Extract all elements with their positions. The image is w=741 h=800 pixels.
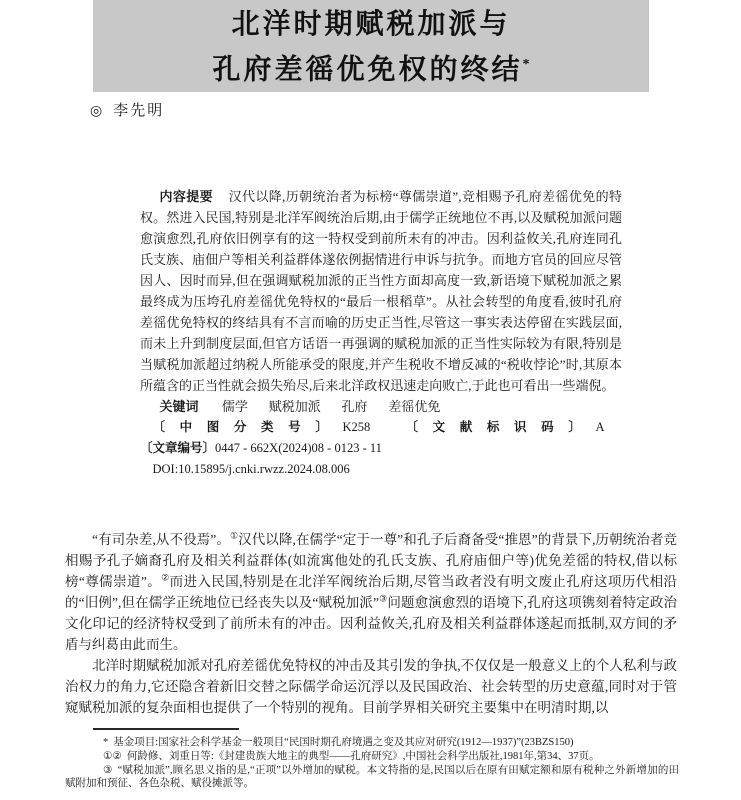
doc-code-label: 〔文献标识码〕 (406, 420, 596, 434)
keywords-label: 关键词 (160, 399, 199, 414)
author-marker-icon: ◎ (90, 104, 104, 119)
footnote-text: 基金项目:国家社会科学基金一般项目“民国时期孔府境遇之变及其应对研究(1912—… (113, 737, 573, 748)
doc-code-group: 〔文献标识码〕A (406, 420, 605, 434)
keyword-item: 儒学 (222, 399, 248, 414)
footnote-marker: * (103, 737, 108, 748)
footnote-marker: ③ (103, 765, 113, 776)
abstract-block: 内容提要汉代以降,历朝统治者为标榜“尊儒崇道”,竞相赐予孔府差徭优免的特权。然进… (140, 186, 622, 480)
paper-page: 北洋时期赋税加派与 孔府差徭优免权的终结* ◎李先明 内容提要汉代以降,历朝统治… (0, 0, 741, 800)
keyword-item: 赋税加派 (269, 399, 321, 414)
article-id-group: 〔文章编号〕0447 - 662X(2024)08 - 0123 - 11 (140, 441, 382, 455)
abstract-text: 汉代以降,历朝统治者为标榜“尊儒崇道”,竞相赐予孔府差徭优免的特权。然进入民国,… (140, 189, 622, 393)
footnote-area: *基金项目:国家社会科学基金一般项目“民国时期孔府境遇之变及其应对研究(1912… (65, 728, 679, 791)
body-paragraph-2: 北洋时期赋税加派对孔府差徭优免特权的冲击及其引发的争执,不仅仅是一般意义上的个人… (65, 655, 677, 718)
doi-line: DOI:10.15895/j.cnki.rwzz.2024.08.006 (140, 459, 622, 480)
classification-line: 〔中图分类号〕K258 〔文献标识码〕A 〔文章编号〕0447 - 662X(2… (140, 417, 622, 459)
footnote-item: ①②何龄修、刘重日等:《封建贵族大地主的典型——孔府研究》,中国社会科学出版社,… (65, 750, 679, 764)
article-title-line-2-text: 孔府差徭优免权的终结 (212, 54, 522, 85)
footnote-ref-2: ② (161, 573, 169, 583)
abstract-label: 内容提要 (160, 189, 214, 204)
abstract-paragraph: 内容提要汉代以降,历朝统治者为标榜“尊儒崇道”,竞相赐予孔府差徭优免的特权。然进… (140, 186, 622, 396)
article-id-label: 〔文章编号〕 (140, 441, 215, 455)
footnote-ref-1: ① (230, 531, 238, 541)
footnote-text: “赋税加派”,顾名思义指的是,“正项”以外增加的赋税。本文特指的是,民国以后在原… (65, 765, 679, 790)
clc-label: 〔中图分类号〕 (153, 420, 343, 434)
body-paragraph-1: “有司杂差,从不役焉”。①汉代以降,在儒学“定于一尊”和孔子后裔备受“推恩”的背… (65, 529, 677, 655)
footnote-text: 何龄修、刘重日等:《封建贵族大地主的典型——孔府研究》,中国社会科学出版社,19… (127, 751, 600, 762)
title-footnote-marker: * (523, 57, 530, 72)
clc-group: 〔中图分类号〕K258 (153, 420, 371, 434)
doc-code-value: A (595, 420, 604, 434)
body-p1-seg-1: “有司杂差,从不役焉”。 (92, 532, 230, 547)
article-title-block: 北洋时期赋税加派与 孔府差徭优免权的终结* (93, 0, 649, 92)
clc-value: K258 (342, 420, 370, 434)
footnote-divider (93, 728, 239, 730)
keyword-item: 差徭优免 (388, 399, 440, 414)
keyword-item: 孔府 (342, 399, 368, 414)
footnote-marker: ①② (103, 751, 122, 762)
keywords-line: 关键词儒学赋税加派孔府差徭优免 (140, 396, 622, 417)
footnote-item: ③“赋税加派”,顾名思义指的是,“正项”以外增加的赋税。本文特指的是,民国以后在… (65, 764, 679, 792)
author-line: ◎李先明 (90, 99, 164, 120)
article-title-line-1: 北洋时期赋税加派与 (93, 0, 649, 45)
author-name: 李先明 (113, 103, 164, 119)
article-body: “有司杂差,从不役焉”。①汉代以降,在儒学“定于一尊”和孔子后裔备受“推恩”的背… (65, 529, 677, 718)
article-id-value: 0447 - 662X(2024)08 - 0123 - 11 (215, 441, 382, 455)
footnote-item: *基金项目:国家社会科学基金一般项目“民国时期孔府境遇之变及其应对研究(1912… (65, 736, 679, 750)
article-title-line-2: 孔府差徭优免权的终结* (93, 45, 649, 90)
